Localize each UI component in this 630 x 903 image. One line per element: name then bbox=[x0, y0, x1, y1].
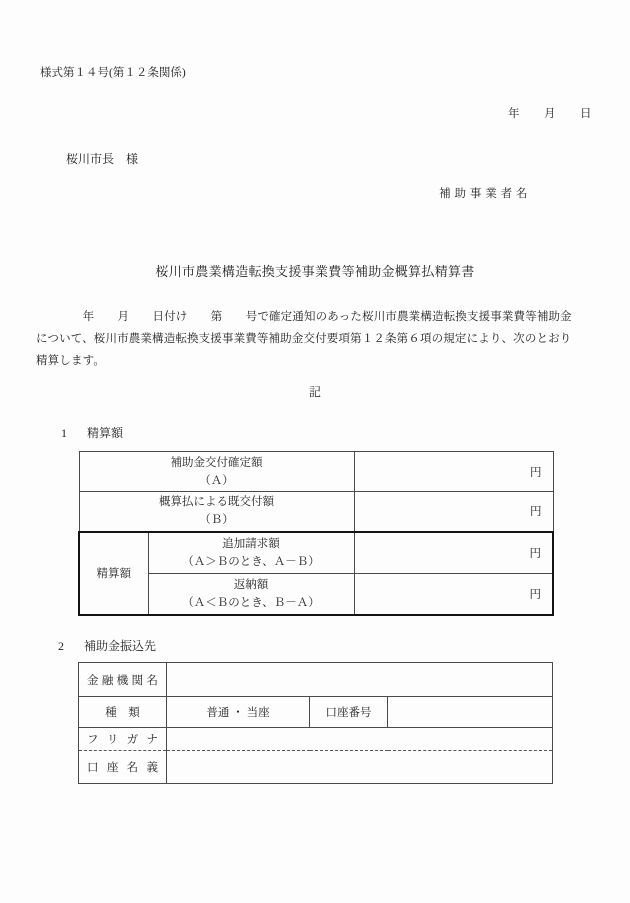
yen-unit: 円 bbox=[530, 467, 542, 479]
addressee: 桜川市長 様 bbox=[66, 151, 138, 167]
record-mark: 記 bbox=[0, 383, 630, 400]
paid-amount-sub: （Ｂ） bbox=[80, 511, 354, 529]
account-number-value-cell bbox=[388, 697, 553, 728]
account-number-label: 口座番号 bbox=[326, 707, 372, 719]
confirmed-amount-label-cell: 補助金交付確定額 （Ａ） bbox=[79, 452, 354, 492]
paid-amount-label: 概算払による既交付額 bbox=[80, 493, 354, 511]
bank-name-value-cell bbox=[167, 663, 553, 697]
table-row: 金 融 機 関 名 bbox=[79, 663, 553, 697]
yen-unit: 円 bbox=[530, 548, 542, 560]
paid-amount-value-cell: 円 bbox=[354, 492, 553, 532]
account-number-label-cell: 口座番号 bbox=[310, 697, 388, 728]
table-row: 種 類 普通 ・ 当座 口座番号 bbox=[79, 697, 553, 728]
additional-claim-value-cell: 円 bbox=[354, 532, 553, 574]
refund-label: 返納額 bbox=[149, 576, 354, 594]
account-holder-label-cell: 口 座 名 義 bbox=[79, 751, 167, 784]
table-row: 補助金交付確定額 （Ａ） 円 bbox=[79, 452, 553, 492]
account-type-label: 種 類 bbox=[105, 707, 140, 719]
table-row: 概算払による既交付額 （Ｂ） 円 bbox=[79, 492, 553, 532]
body-line-3: 精算します。 bbox=[36, 350, 596, 372]
settlement-group-label-cell: 精算額 bbox=[79, 532, 148, 615]
furigana-label-cell: フ リ ガ ナ bbox=[79, 728, 167, 751]
account-holder-label: 口 座 名 義 bbox=[87, 762, 158, 774]
bank-name-label: 金 融 機 関 名 bbox=[87, 675, 158, 687]
additional-claim-label: 追加請求額 bbox=[149, 535, 354, 553]
confirmed-amount-sub: （Ａ） bbox=[80, 472, 354, 490]
settlement-group-label: 精算額 bbox=[97, 568, 132, 580]
account-type-options-cell: 普通 ・ 当座 bbox=[167, 697, 310, 728]
section-1-heading: 1精算額 bbox=[61, 424, 123, 441]
document-title: 桜川市農業構造転換支援事業費等補助金概算払精算書 bbox=[0, 261, 630, 280]
account-holder-value-cell bbox=[167, 751, 553, 784]
additional-claim-label-cell: 追加請求額 （Ａ＞Ｂのとき、Ａ－Ｂ） bbox=[148, 532, 354, 574]
body-paragraph: 年 月 日付け 第 号で確定通知のあった桜川市農業構造転換支援事業費等補助金 に… bbox=[36, 306, 596, 372]
settlement-table: 補助金交付確定額 （Ａ） 円 概算払による既交付額 （Ｂ） 円 精算額 追加請求… bbox=[78, 451, 554, 616]
section-2-heading: 2補助金振込先 bbox=[58, 637, 156, 654]
table-row: フ リ ガ ナ bbox=[79, 728, 553, 751]
section-2-number: 2 bbox=[58, 639, 64, 654]
refund-sub: （Ａ＜Ｂのとき、Ｂ－Ａ） bbox=[149, 594, 354, 612]
refund-value-cell: 円 bbox=[354, 574, 553, 615]
bank-transfer-table: 金 融 機 関 名 種 類 普通 ・ 当座 口座番号 フ リ ガ ナ bbox=[78, 662, 553, 784]
bank-name-label-cell: 金 融 機 関 名 bbox=[79, 663, 167, 697]
yen-unit: 円 bbox=[530, 506, 542, 518]
confirmed-amount-label: 補助金交付確定額 bbox=[80, 454, 354, 472]
section-2-title: 補助金振込先 bbox=[84, 637, 156, 654]
account-type-label-cell: 種 類 bbox=[79, 697, 167, 728]
date-line: 年 月 日 bbox=[508, 107, 592, 122]
table-row: 口 座 名 義 bbox=[79, 751, 553, 784]
applicant-name-label: 補 助 事 業 者 名 bbox=[439, 187, 528, 202]
confirmed-amount-value-cell: 円 bbox=[354, 452, 553, 492]
paid-amount-label-cell: 概算払による既交付額 （Ｂ） bbox=[79, 492, 354, 532]
table-row: 返納額 （Ａ＜Ｂのとき、Ｂ－Ａ） 円 bbox=[79, 574, 553, 615]
form-number: 様式第１４号(第１２条関係) bbox=[40, 66, 186, 81]
account-type-options: 普通 ・ 当座 bbox=[206, 707, 269, 719]
body-line-2: について、桜川市農業構造転換支援事業費等補助金交付要項第１２条第６項の規定により… bbox=[36, 328, 596, 350]
table-row: 精算額 追加請求額 （Ａ＞Ｂのとき、Ａ－Ｂ） 円 bbox=[79, 532, 553, 574]
furigana-label: フ リ ガ ナ bbox=[87, 734, 158, 746]
refund-label-cell: 返納額 （Ａ＜Ｂのとき、Ｂ－Ａ） bbox=[148, 574, 354, 615]
additional-claim-sub: （Ａ＞Ｂのとき、Ａ－Ｂ） bbox=[149, 553, 354, 571]
section-1-title: 精算額 bbox=[87, 424, 123, 441]
furigana-value-cell bbox=[167, 728, 553, 751]
body-line-1: 年 月 日付け 第 号で確定通知のあった桜川市農業構造転換支援事業費等補助金 bbox=[36, 306, 596, 328]
yen-unit: 円 bbox=[530, 589, 542, 601]
document-page: 様式第１４号(第１２条関係) 年 月 日 桜川市長 様 補 助 事 業 者 名 … bbox=[0, 0, 630, 903]
section-1-number: 1 bbox=[61, 426, 67, 441]
